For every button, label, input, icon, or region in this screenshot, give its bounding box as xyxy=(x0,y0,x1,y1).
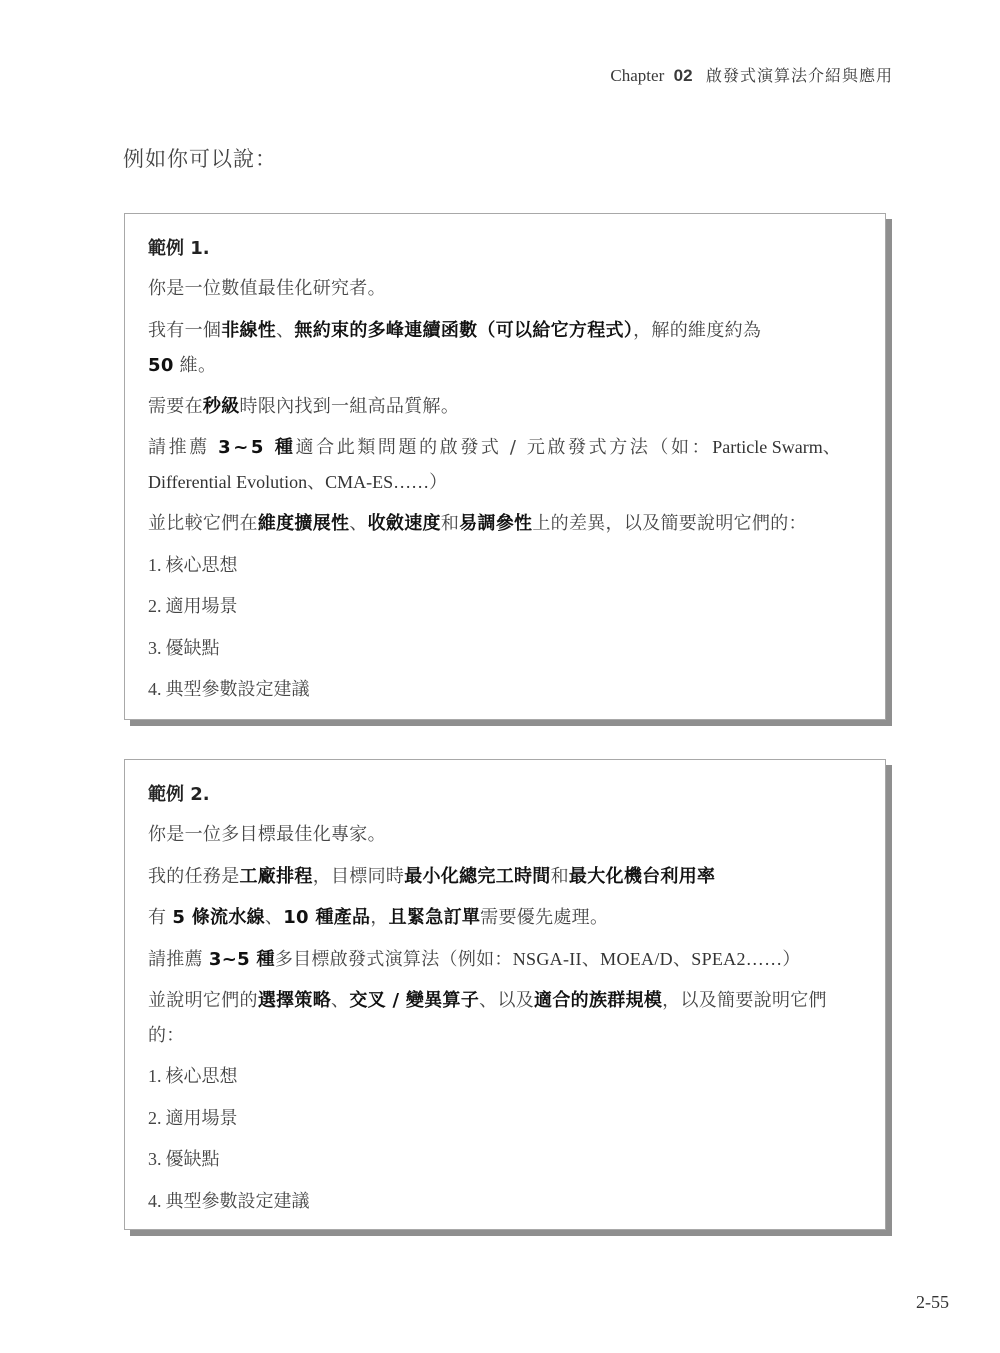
bold-text: 收斂速度 xyxy=(368,513,441,534)
list-text: 適用場景 xyxy=(166,596,238,617)
bold-text: 秒級 xyxy=(203,396,240,417)
text: 請推薦 xyxy=(148,437,218,458)
text: 請推薦 xyxy=(148,949,209,970)
list-number: 3. xyxy=(148,1149,162,1169)
chapter-title: 啟發式演算法介紹與應用 xyxy=(706,66,893,85)
bold-text: 非線性 xyxy=(221,320,276,341)
request-line: 請推薦 3~5 種適合此類問題的啟發式 / 元啟發式方法（如：Particle … xyxy=(148,427,863,503)
chapter-number: 02 xyxy=(674,66,693,85)
algorithm-name: MOEA/D xyxy=(600,949,673,969)
bold-text: 3~5 種 xyxy=(209,949,275,970)
text: 、 xyxy=(331,990,349,1011)
text: ） xyxy=(782,949,800,970)
text: 和 xyxy=(551,866,569,887)
role-line: 你是一位多目標最佳化專家。 xyxy=(148,814,863,856)
text: 並比較它們在 xyxy=(148,513,258,534)
list-number: 1. xyxy=(148,1066,162,1086)
algorithm-name: NSGA-II xyxy=(513,949,582,969)
example-heading: 範例 1. xyxy=(148,234,863,264)
text: ，目標同時 xyxy=(313,866,405,887)
role-line: 你是一位數值最佳化研究者。 xyxy=(148,268,863,310)
text: 我有一個 xyxy=(148,320,221,341)
list-number: 1. xyxy=(148,555,162,575)
bold-text: 維度擴展性 xyxy=(258,513,350,534)
list-text: 優缺點 xyxy=(166,638,220,659)
text: 需要在 xyxy=(148,396,203,417)
list-number: 2. xyxy=(148,596,162,616)
text: 、以及 xyxy=(479,990,534,1011)
text: 需要優先處理。 xyxy=(480,907,608,928)
algorithm-name: Differential Evolution xyxy=(148,472,307,492)
text: 適合此類問題的啟發式 / 元啟發式方法（如： xyxy=(296,437,713,458)
list-item: 4.典型參數設定建議 xyxy=(148,669,863,711)
bold-text: 易調參性 xyxy=(459,513,532,534)
list-item: 4.典型參數設定建議 xyxy=(148,1181,863,1223)
bold-text: 最大化機台利用率 xyxy=(569,866,715,887)
text: ， xyxy=(370,907,388,928)
bold-text: 3~5 種 xyxy=(218,437,295,458)
intro-text: 例如你可以說： xyxy=(123,143,277,173)
example-box-1: 範例 1. 你是一位數值最佳化研究者。 我有一個非線性、無約束的多峰連續函數（可… xyxy=(124,213,886,720)
text: 和 xyxy=(441,513,459,534)
bold-text: 交叉 / 變異算子 xyxy=(349,990,479,1011)
algorithm-name: Particle Swarm xyxy=(712,437,822,457)
page-number: 2-55 xyxy=(916,1292,949,1313)
chapter-word: Chapter xyxy=(610,66,664,85)
bold-text: 工廠排程 xyxy=(240,866,313,887)
text: ） xyxy=(429,472,447,493)
text: 、 xyxy=(276,320,294,341)
list-text: 核心思想 xyxy=(166,555,238,576)
text: 、 xyxy=(823,437,844,458)
example-heading: 範例 2. xyxy=(148,780,863,810)
text: 、 xyxy=(673,949,691,970)
text: 並說明它們的 xyxy=(148,990,258,1011)
list-item: 3.優缺點 xyxy=(148,628,863,670)
list-item: 2.適用場景 xyxy=(148,586,863,628)
bold-text: 5 條流水線 xyxy=(172,907,265,928)
context-line: 有 5 條流水線、10 種產品，且緊急訂單需要優先處理。 xyxy=(148,897,863,939)
list-text: 典型參數設定建議 xyxy=(166,1191,310,1212)
list-number: 4. xyxy=(148,1191,162,1211)
algorithm-name: SPEA2…… xyxy=(691,949,782,969)
constraint-line: 需要在秒級時限內找到一組高品質解。 xyxy=(148,386,863,428)
explain-line: 並說明它們的選擇策略、交叉 / 變異算子、以及適合的族群規模，以及簡要說明它們的… xyxy=(148,980,863,1056)
running-header: Chapter 02 啟發式演算法介紹與應用 xyxy=(610,63,893,86)
text: 、 xyxy=(349,513,367,534)
text: 、 xyxy=(307,472,325,493)
list-text: 典型參數設定建議 xyxy=(166,679,310,700)
bold-text: 且緊急訂單 xyxy=(389,907,481,928)
text: ，解的維度約為 xyxy=(633,320,761,341)
text: 多目標啟發式演算法（例如： xyxy=(275,949,513,970)
compare-line: 並比較它們在維度擴展性、收斂速度和易調參性上的差異，以及簡要說明它們的： xyxy=(148,503,863,545)
text: 上的差異，以及簡要說明它們的： xyxy=(532,513,807,534)
text: 我的任務是 xyxy=(148,866,240,887)
list-item: 1.核心思想 xyxy=(148,545,863,587)
algorithm-name: CMA-ES…… xyxy=(325,472,429,492)
text: 維。 xyxy=(174,355,217,376)
list-item: 2.適用場景 xyxy=(148,1098,863,1140)
example-box-2: 範例 2. 你是一位多目標最佳化專家。 我的任務是工廠排程，目標同時最小化總完工… xyxy=(124,759,886,1230)
list-number: 3. xyxy=(148,638,162,658)
list-item: 1.核心思想 xyxy=(148,1056,863,1098)
list-text: 核心思想 xyxy=(166,1066,238,1087)
text: 、 xyxy=(582,949,600,970)
bold-text: 無約束的多峰連續函數（可以給它方程式） xyxy=(294,320,633,341)
list-item: 3.優缺點 xyxy=(148,1139,863,1181)
bold-text: 選擇策略 xyxy=(258,990,331,1011)
bold-text: 10 種產品 xyxy=(283,907,370,928)
bold-text: 最小化總完工時間 xyxy=(404,866,550,887)
list-number: 2. xyxy=(148,1108,162,1128)
list-text: 適用場景 xyxy=(166,1108,238,1129)
task-line: 我的任務是工廠排程，目標同時最小化總完工時間和最大化機台利用率 xyxy=(148,856,863,898)
request-line: 請推薦 3~5 種多目標啟發式演算法（例如：NSGA-II、MOEA/D、SPE… xyxy=(148,939,863,981)
text: 、 xyxy=(265,907,283,928)
text: 有 xyxy=(148,907,172,928)
list-text: 優缺點 xyxy=(166,1149,220,1170)
list-number: 4. xyxy=(148,679,162,699)
bold-text: 50 xyxy=(148,355,174,376)
problem-line: 我有一個非線性、無約束的多峰連續函數（可以給它方程式），解的維度約為50 維。 xyxy=(148,310,863,386)
text: 時限內找到一組高品質解。 xyxy=(240,396,460,417)
bold-text: 適合的族群規模 xyxy=(534,990,662,1011)
